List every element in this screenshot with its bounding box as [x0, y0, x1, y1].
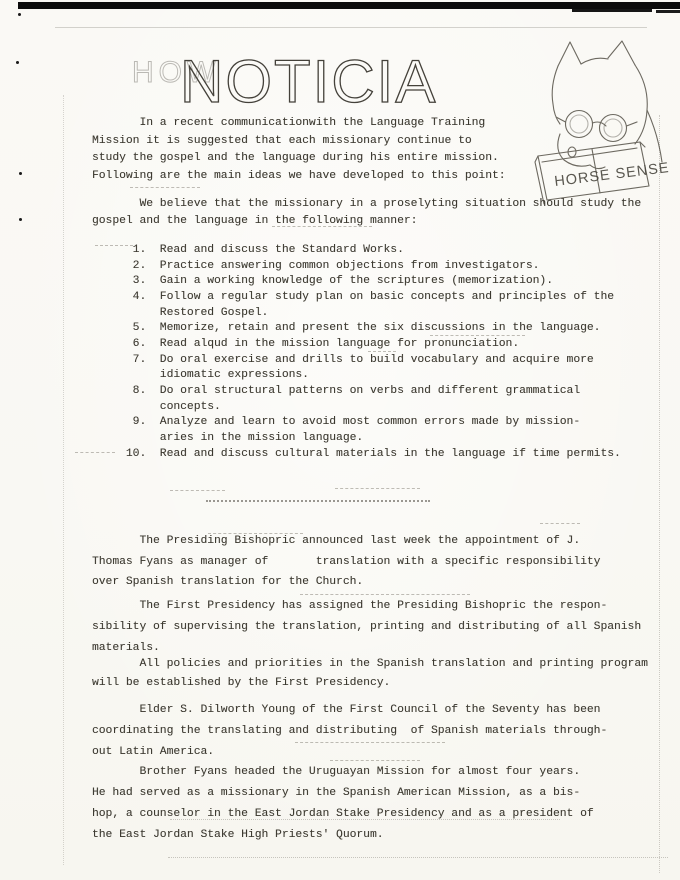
horse-ear-right: [608, 41, 635, 65]
scan-artifact-page-edge-right: [659, 115, 660, 873]
text-line: the East Jordan Stake High Priests' Quor…: [92, 825, 594, 846]
horse-head-top: [581, 58, 608, 64]
text-line: will be established by the First Preside…: [92, 674, 648, 693]
text-line: coordinating the translating and distrib…: [92, 721, 607, 742]
scan-artifact-dotted-rule: [206, 500, 430, 502]
scan-smudge: [335, 488, 420, 489]
policies-paragraph: All policies and priorities in the Spani…: [92, 655, 648, 692]
list-item-line: 9. Analyze and learn to avoid most commo…: [92, 415, 621, 431]
text-line: The Presiding Bishopric announced last w…: [92, 531, 600, 552]
list-item-line: 7. Do oral exercise and drills to build …: [92, 353, 621, 369]
horse-face-left: [552, 66, 560, 124]
text-line: Following are the main ideas we have dev…: [92, 168, 506, 186]
text-line: All policies and priorities in the Spani…: [92, 655, 648, 674]
list-item-line: 6. Read alqud in the mission language fo…: [92, 337, 621, 353]
fyans-bio-paragraph: Brother Fyans headed the Uruguayan Missi…: [92, 762, 594, 846]
horse-sense-illustration: HORSE SENSE: [522, 36, 674, 204]
horse-ear-left: [558, 42, 581, 66]
horse-neck: [647, 110, 662, 162]
scan-smudge: [130, 187, 200, 188]
scan-noise-row: [168, 857, 668, 858]
list-item-line: 1. Read and discuss the Standard Works.: [92, 243, 621, 259]
scan-speck: [18, 13, 21, 16]
text-line: study the gospel and the language during…: [92, 150, 506, 168]
scan-smudge: [540, 523, 580, 524]
scan-artifact-page-edge-left: [63, 95, 64, 865]
text-line: Thomas Fyans as manager of translation w…: [92, 552, 600, 573]
document-page: HOW NOTICIA HOR: [0, 0, 680, 880]
list-item-line: Restored Gospel.: [92, 306, 621, 322]
belief-paragraph: We believe that the missionary in a pros…: [92, 196, 641, 229]
scan-smudge: [170, 490, 225, 491]
bishopric-paragraph: The Presiding Bishopric announced last w…: [92, 531, 600, 593]
glasses-temple-right: [627, 122, 638, 126]
text-line: gospel and the language in the following…: [92, 213, 641, 230]
text-line: He had served as a missionary in the Spa…: [92, 783, 594, 804]
first-presidency-paragraph: The First Presidency has assigned the Pr…: [92, 596, 641, 659]
glasses-lens-left-inner: [570, 115, 588, 133]
text-line: sibility of supervising the translation,…: [92, 617, 641, 638]
list-item-line: 5. Memorize, retain and present the six …: [92, 321, 621, 337]
scan-speck: [16, 61, 19, 64]
list-item-line: 4. Follow a regular study plan on basic …: [92, 290, 621, 306]
scan-artifact-top-bar-segment: [572, 9, 652, 12]
text-line: Brother Fyans headed the Uruguayan Missi…: [92, 762, 594, 783]
glasses-lens-right-inner: [604, 119, 622, 137]
scan-smudge: [300, 594, 470, 595]
scan-speck: [19, 218, 22, 221]
book-page-line: [542, 148, 637, 162]
text-line: over Spanish translation for the Church.: [92, 572, 600, 593]
list-item-line: 8. Do oral structural patterns on verbs …: [92, 384, 621, 400]
scan-artifact-top-bar-segment: [656, 10, 680, 13]
text-line: Elder S. Dilworth Young of the First Cou…: [92, 700, 607, 721]
list-item-line: 3. Gain a working knowledge of the scrip…: [92, 274, 621, 290]
page-title: NOTICIA: [140, 44, 480, 116]
scan-speck: [19, 172, 22, 175]
scan-artifact-page-edge-top: [55, 27, 647, 28]
page-title-text: NOTICIA: [180, 48, 437, 115]
list-item-line: aries in the mission language.: [92, 431, 621, 447]
list-item-line: 10. Read and discuss cultural materials …: [92, 447, 621, 463]
text-line: In a recent communicationwith the Langua…: [92, 115, 506, 133]
list-item-line: 2. Practice answering common objections …: [92, 259, 621, 275]
intro-paragraph: In a recent communicationwith the Langua…: [92, 115, 506, 185]
horse-head-right: [635, 65, 647, 144]
list-item-line: idiomatic expressions.: [92, 368, 621, 384]
text-line: Mission it is suggested that each missio…: [92, 133, 506, 151]
scan-artifact-top-bar: [18, 2, 680, 9]
text-line: hop, a counselor in the East Jordan Stak…: [92, 804, 594, 825]
text-line: The First Presidency has assigned the Pr…: [92, 596, 641, 617]
list-item-line: concepts.: [92, 400, 621, 416]
text-line: We believe that the missionary in a pros…: [92, 196, 641, 213]
text-line: out Latin America.: [92, 742, 607, 763]
dilworth-young-paragraph: Elder S. Dilworth Young of the First Cou…: [92, 700, 607, 763]
study-list: 1. Read and discuss the Standard Works. …: [92, 243, 621, 462]
horse-muzzle: [558, 134, 590, 166]
